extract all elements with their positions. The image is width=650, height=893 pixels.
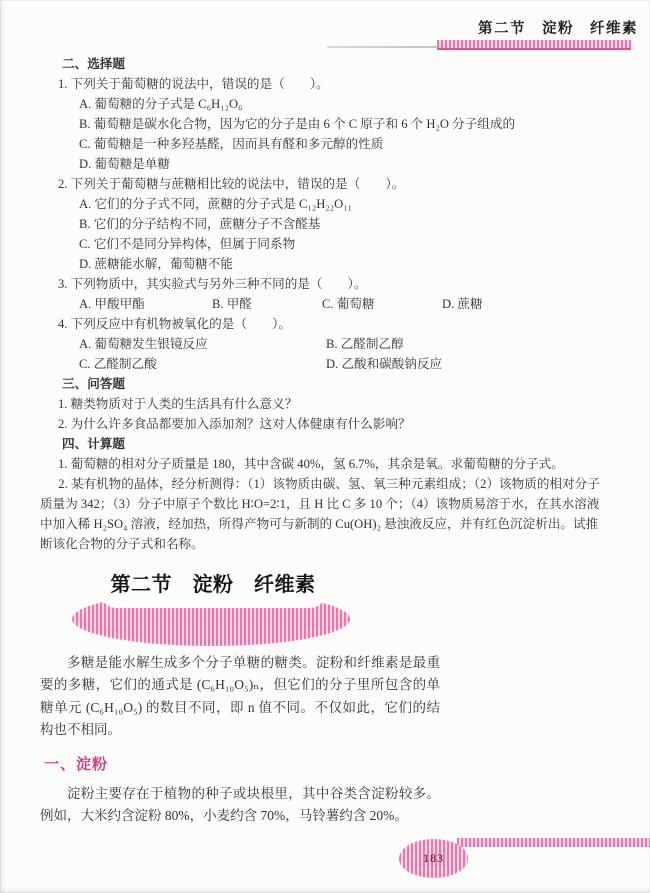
question-4-option-c: C. 乙醛制乙酸 xyxy=(79,354,326,374)
question-2-option-a: A. 它们的分子式不同，蔗糖的分子式是 C₁₂H₂₂O₁₁ xyxy=(40,194,600,214)
section-qa-title: 三、问答题 xyxy=(40,374,600,394)
question-4-option-d: D. 乙酸和碳酸钠反应 xyxy=(326,354,442,374)
question-4-stem: 4. 下列反应中有机物被氧化的是（ ）。 xyxy=(40,314,600,334)
question-1-option-c: C. 葡萄糖是一种多羟基醛，因而具有醛和多元醇的性质 xyxy=(40,134,600,154)
calc-item-2: 2. 某有机物的晶体，经分析测得：（1）该物质由碳、氢、氧三种元素组成；（2）该… xyxy=(40,474,600,554)
question-1-option-d: D. 葡萄糖是单糖 xyxy=(40,154,600,174)
exercises-block: 二、选择题 1. 下列关于葡萄糖的说法中，错误的是（ ）。 A. 葡萄糖的分子式… xyxy=(40,54,600,554)
textbook-page: 第二节 淀粉 纤维素 二、选择题 1. 下列关于葡萄糖的说法中，错误的是（ ）。… xyxy=(0,0,650,893)
page-number: 183 xyxy=(423,851,444,866)
question-1-stem: 1. 下列关于葡萄糖的说法中，错误的是（ ）。 xyxy=(40,74,600,94)
question-1-option-b: B. 葡萄糖是碳水化合物，因为它的分子是由 6 个 C 原子和 6 个 H₂O … xyxy=(40,114,600,134)
question-2-option-c: C. 它们不是同分异构体，但属于同系物 xyxy=(40,234,600,254)
qa-item-2: 2. 为什么许多食品都要加入添加剂？这对人体健康有什么影响？ xyxy=(40,414,600,434)
running-header-title: 第二节 淀粉 纤维素 xyxy=(478,17,638,38)
question-4-option-a: A. 葡萄糖发生银镜反应 xyxy=(79,334,326,354)
section-title: 第二节 淀粉 纤维素 xyxy=(100,556,326,608)
section-body: 多糖是能水解生成多个分子单糖的糖类。淀粉和纤维素是最重要的多糖，它们的通式是 (… xyxy=(40,652,440,827)
question-3-stem: 3. 下列物质中，其实验式与另外三种不同的是（ ）。 xyxy=(40,274,600,294)
footer-stripe-bar xyxy=(457,838,650,847)
section-banner: 第二节 淀粉 纤维素 xyxy=(40,556,400,656)
question-2-option-b: B. 它们的分子结构不同，蔗糖分子不含醛基 xyxy=(40,214,600,234)
intro-paragraph: 多糖是能水解生成多个分子单糖的糖类。淀粉和纤维素是最重要的多糖，它们的通式是 (… xyxy=(40,652,440,742)
calc-item-1: 1. 葡萄糖的相对分子质量是 180，其中含碳 40%，氢 6.7%，其余是氧。… xyxy=(40,454,600,474)
question-3-option-d: D. 蔗糖 xyxy=(442,294,483,314)
question-4-option-b: B. 乙醛制乙醇 xyxy=(326,334,404,354)
page-number-badge: 183 xyxy=(399,839,468,878)
question-2-option-d: D. 蔗糖能水解，葡萄糖不能 xyxy=(40,254,600,274)
question-3-options-row: A. 甲酸甲酯 B. 甲醛 C. 葡萄糖 D. 蔗糖 xyxy=(40,294,600,314)
question-4-options-row-1: A. 葡萄糖发生银镜反应 B. 乙醛制乙醇 xyxy=(40,334,600,354)
header-stripe-bar xyxy=(437,40,631,50)
section-choice-title: 二、选择题 xyxy=(40,54,600,74)
section-calc-title: 四、计算题 xyxy=(40,434,600,454)
qa-item-1: 1. 糖类物质对于人类的生活具有什么意义？ xyxy=(40,394,600,414)
question-3-option-b: B. 甲醛 xyxy=(212,294,322,314)
starch-heading: 一、淀粉 xyxy=(44,753,440,774)
question-3-option-c: C. 葡萄糖 xyxy=(322,294,442,314)
starch-paragraph: 淀粉主要存在于植物的种子或块根里，其中谷类含淀粉较多。例如，大米约含淀粉 80%… xyxy=(40,783,440,828)
header-gray-rule xyxy=(327,46,439,48)
question-3-option-a: A. 甲酸甲酯 xyxy=(79,294,212,314)
question-1-option-a: A. 葡萄糖的分子式是 C₆H₁₂O₆ xyxy=(40,94,600,114)
question-2-stem: 2. 下列关于葡萄糖与蔗糖相比较的说法中，错误的是（ ）。 xyxy=(40,174,600,194)
question-4-options-row-2: C. 乙醛制乙酸 D. 乙酸和碳酸钠反应 xyxy=(40,354,600,374)
